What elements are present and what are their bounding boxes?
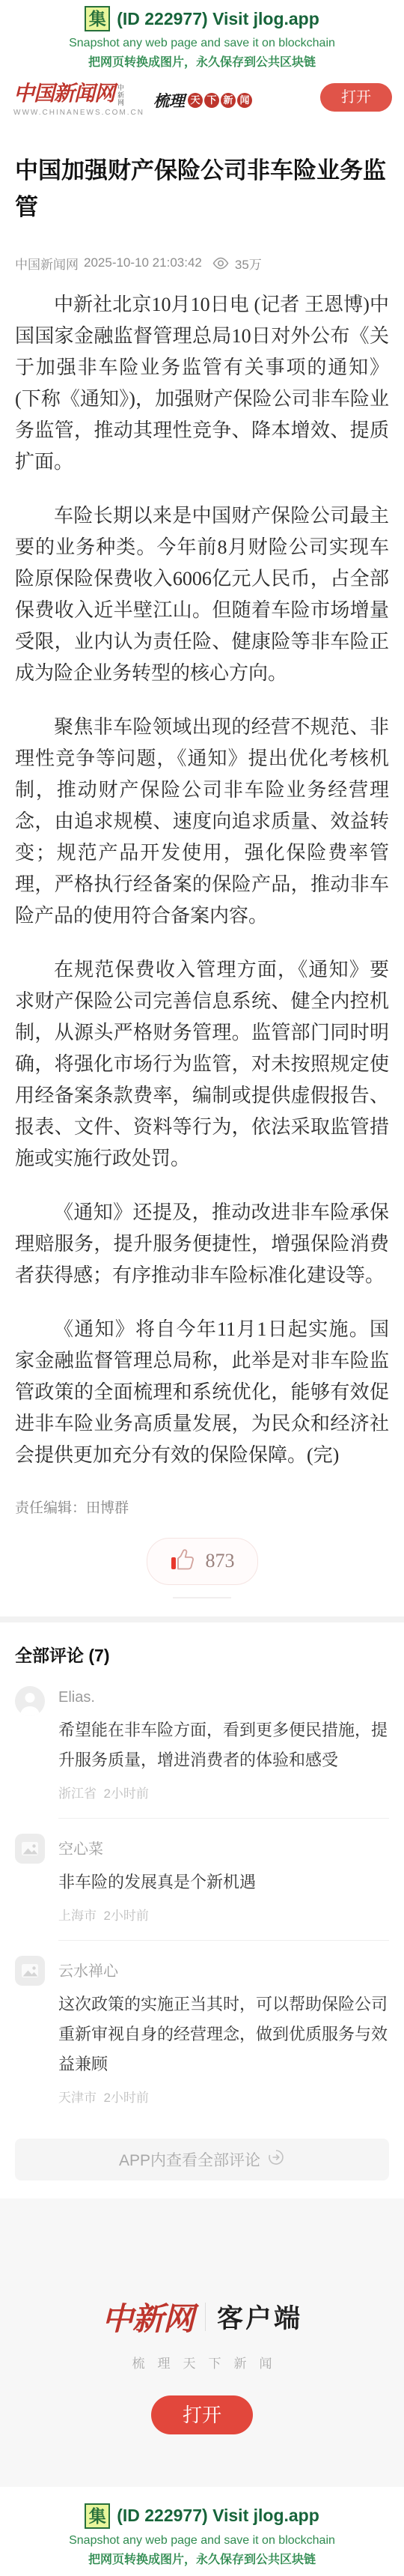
- like-button[interactable]: 873: [147, 1538, 258, 1585]
- comment-username: 空心菜: [58, 1834, 389, 1858]
- promo-banner-bottom[interactable]: 集 (ID 222977) Visit jlog.app Snapshot an…: [0, 2487, 404, 2576]
- tagline-circle: 闻: [237, 93, 252, 108]
- comments-count: (7): [88, 1646, 109, 1665]
- tagline-circle: 天: [188, 93, 203, 108]
- comment-location: 浙江省: [58, 1786, 97, 1801]
- views-eye-icon: [212, 257, 230, 270]
- tagline-circle: 下: [204, 93, 219, 108]
- avatar-image-icon: [15, 1834, 45, 1864]
- promo-banner-top[interactable]: 集 (ID 222977) Visit jlog.app Snapshot an…: [0, 0, 404, 79]
- avatar-image-icon: [15, 1956, 45, 1986]
- comment-time: 2小时前: [103, 2091, 148, 2105]
- comment-username: 云水禅心: [58, 1956, 389, 1981]
- logo-calligraphy: 中国新闻网: [13, 83, 114, 106]
- site-header: 中国新闻网 中新网 WWW.CHINANEWS.COM.CN 梳理 天 下 新 …: [0, 79, 404, 126]
- article-source: 中国新闻网: [15, 254, 79, 273]
- open-app-button-footer[interactable]: 打开: [151, 2395, 253, 2434]
- article-paragraph: 中新社北京10月10日电 (记者 王恩博)中国国家金融监督管理总局10日对外公布…: [15, 289, 389, 478]
- comment-body: Elias. 希望能在非车险方面，看到更多便民措施，提升服务质量，增进消费者的体…: [58, 1686, 389, 1819]
- article-paragraph: 车险长期以来是中国财产保险公司最主要的业务种类。今年前8月财险公司实现车险原保险…: [15, 500, 389, 689]
- footer-app-label: 客户端: [217, 2298, 302, 2336]
- comment-username: Elias.: [58, 1686, 389, 1706]
- promo-link-text: (ID 222977) Visit jlog.app: [117, 9, 319, 29]
- article-body: 中新社北京10月10日电 (记者 王恩博)中国国家金融监督管理总局10日对外公布…: [0, 273, 404, 1471]
- comment-item: 空心菜 非车险的发展真是个新机遇 上海市 2小时前: [0, 1819, 404, 1941]
- comment-body: 空心菜 非车险的发展真是个新机遇 上海市 2小时前: [58, 1834, 389, 1941]
- article-paragraph: 聚焦非车险领域出现的经营不规范、非理性竞争等问题，《通知》提出优化考核机制，推动…: [15, 712, 389, 932]
- comment-text: 这次政策的实施正当其时，可以帮助保险公司重新审视自身的经营理念，做到优质服务与效…: [58, 1989, 389, 2079]
- promo-link[interactable]: 集 (ID 222977) Visit jlog.app: [0, 2503, 404, 2529]
- like-hint-line: [173, 1597, 231, 1598]
- comment-time: 2小时前: [103, 1786, 148, 1801]
- promo-subtitle-en: Snapshot any web page and save it on blo…: [0, 37, 404, 50]
- comment-location: 天津市: [58, 2091, 97, 2105]
- article-paragraph: 在规范保费收入管理方面，《通知》要求财产保险公司完善信息系统、健全内控机制，从源…: [15, 954, 389, 1175]
- comment-item: Elias. 希望能在非车险方面，看到更多便民措施，提升服务质量，增进消费者的体…: [0, 1671, 404, 1819]
- comment-meta: 浙江省 2小时前: [58, 1783, 389, 1801]
- logo-url: WWW.CHINANEWS.COM.CN: [13, 109, 144, 117]
- comment-meta: 上海市 2小时前: [58, 1905, 389, 1924]
- comment-text: 希望能在非车险方面，看到更多便民措施，提升服务质量，增进消费者的体验和感受: [58, 1715, 389, 1775]
- page: 集 (ID 222977) Visit jlog.app Snapshot an…: [0, 0, 404, 2576]
- comments-header-label: 全部评论: [15, 1646, 84, 1665]
- comment-text: 非车险的发展真是个新机遇: [58, 1867, 389, 1897]
- article-paragraph: 《通知》还提及，推动改进非车险承保理赔服务，提升服务便捷性，增强保险消费者获得感…: [15, 1197, 389, 1291]
- footer-divider: [205, 2303, 206, 2331]
- site-tagline: 梳理 天 下 新 闻: [153, 89, 252, 112]
- article-paragraph: 《通知》将自今年11月1日起实施。国家金融监督管理总局称，此举是对非车险监管政策…: [15, 1314, 389, 1471]
- promo-subtitle-en: Snapshot any web page and save it on blo…: [0, 2534, 404, 2548]
- ji-badge-icon: 集: [85, 2503, 110, 2529]
- comments-section: 全部评论 (7) Elias. 希望能在非车险方面，看到更多便民措施，提升服务质…: [0, 1622, 404, 2180]
- thumbs-up-icon: [170, 1548, 197, 1575]
- like-row: 873: [0, 1517, 404, 1606]
- views-count: 35万: [235, 254, 262, 273]
- site-logo[interactable]: 中国新闻网 中新网 WWW.CHINANEWS.COM.CN: [13, 83, 144, 117]
- view-all-comments-button[interactable]: APP内查看全部评论: [15, 2139, 389, 2180]
- article-meta: 中国新闻网 2025-10-10 21:03:42 35万: [0, 241, 404, 273]
- promo-link-text: (ID 222977) Visit jlog.app: [117, 2506, 319, 2526]
- footer-tagline: 梳理天下新闻: [0, 2353, 404, 2372]
- footer-logo-calligraphy: 中新网: [102, 2294, 194, 2339]
- tagline-circle: 新: [221, 93, 236, 108]
- like-count: 873: [206, 1550, 235, 1572]
- view-all-label: APP内查看全部评论: [119, 2148, 260, 2171]
- editor-credit: 责任编辑：田博群: [0, 1494, 404, 1517]
- article-title: 中国加强财产保险公司非车险业务监管: [0, 142, 404, 225]
- comment-item: 云水禅心 这次政策的实施正当其时，可以帮助保险公司重新审视自身的经营理念，做到优…: [0, 1941, 404, 2122]
- logo-vertical-text: 中新网: [117, 84, 124, 106]
- avatar-person-icon: [15, 1686, 45, 1716]
- comments-header: 全部评论 (7): [0, 1642, 404, 1671]
- footer-logo-row: 中新网 客户端: [0, 2294, 404, 2339]
- comment-body: 云水禅心 这次政策的实施正当其时，可以帮助保险公司重新审视自身的经营理念，做到优…: [58, 1956, 389, 2122]
- promo-subtitle-zh: 把网页转换成图片，永久保存到公共区块链: [0, 2550, 404, 2567]
- ji-badge-icon: 集: [85, 6, 110, 31]
- promo-link[interactable]: 集 (ID 222977) Visit jlog.app: [0, 6, 404, 31]
- open-app-button-header[interactable]: 打开: [320, 83, 392, 112]
- app-footer: 中新网 客户端 梳理天下新闻 打开: [0, 2198, 404, 2487]
- tagline-prefix: 梳理: [153, 89, 185, 112]
- section-divider: [0, 1616, 404, 1622]
- comment-location: 上海市: [58, 1909, 97, 1923]
- promo-subtitle-zh: 把网页转换成图片，永久保存到公共区块链: [0, 52, 404, 70]
- article-datetime: 2025-10-10 21:03:42: [84, 255, 202, 270]
- comment-time: 2小时前: [103, 1909, 148, 1923]
- arrow-circle-icon: [267, 2148, 285, 2171]
- comment-meta: 天津市 2小时前: [58, 2087, 389, 2106]
